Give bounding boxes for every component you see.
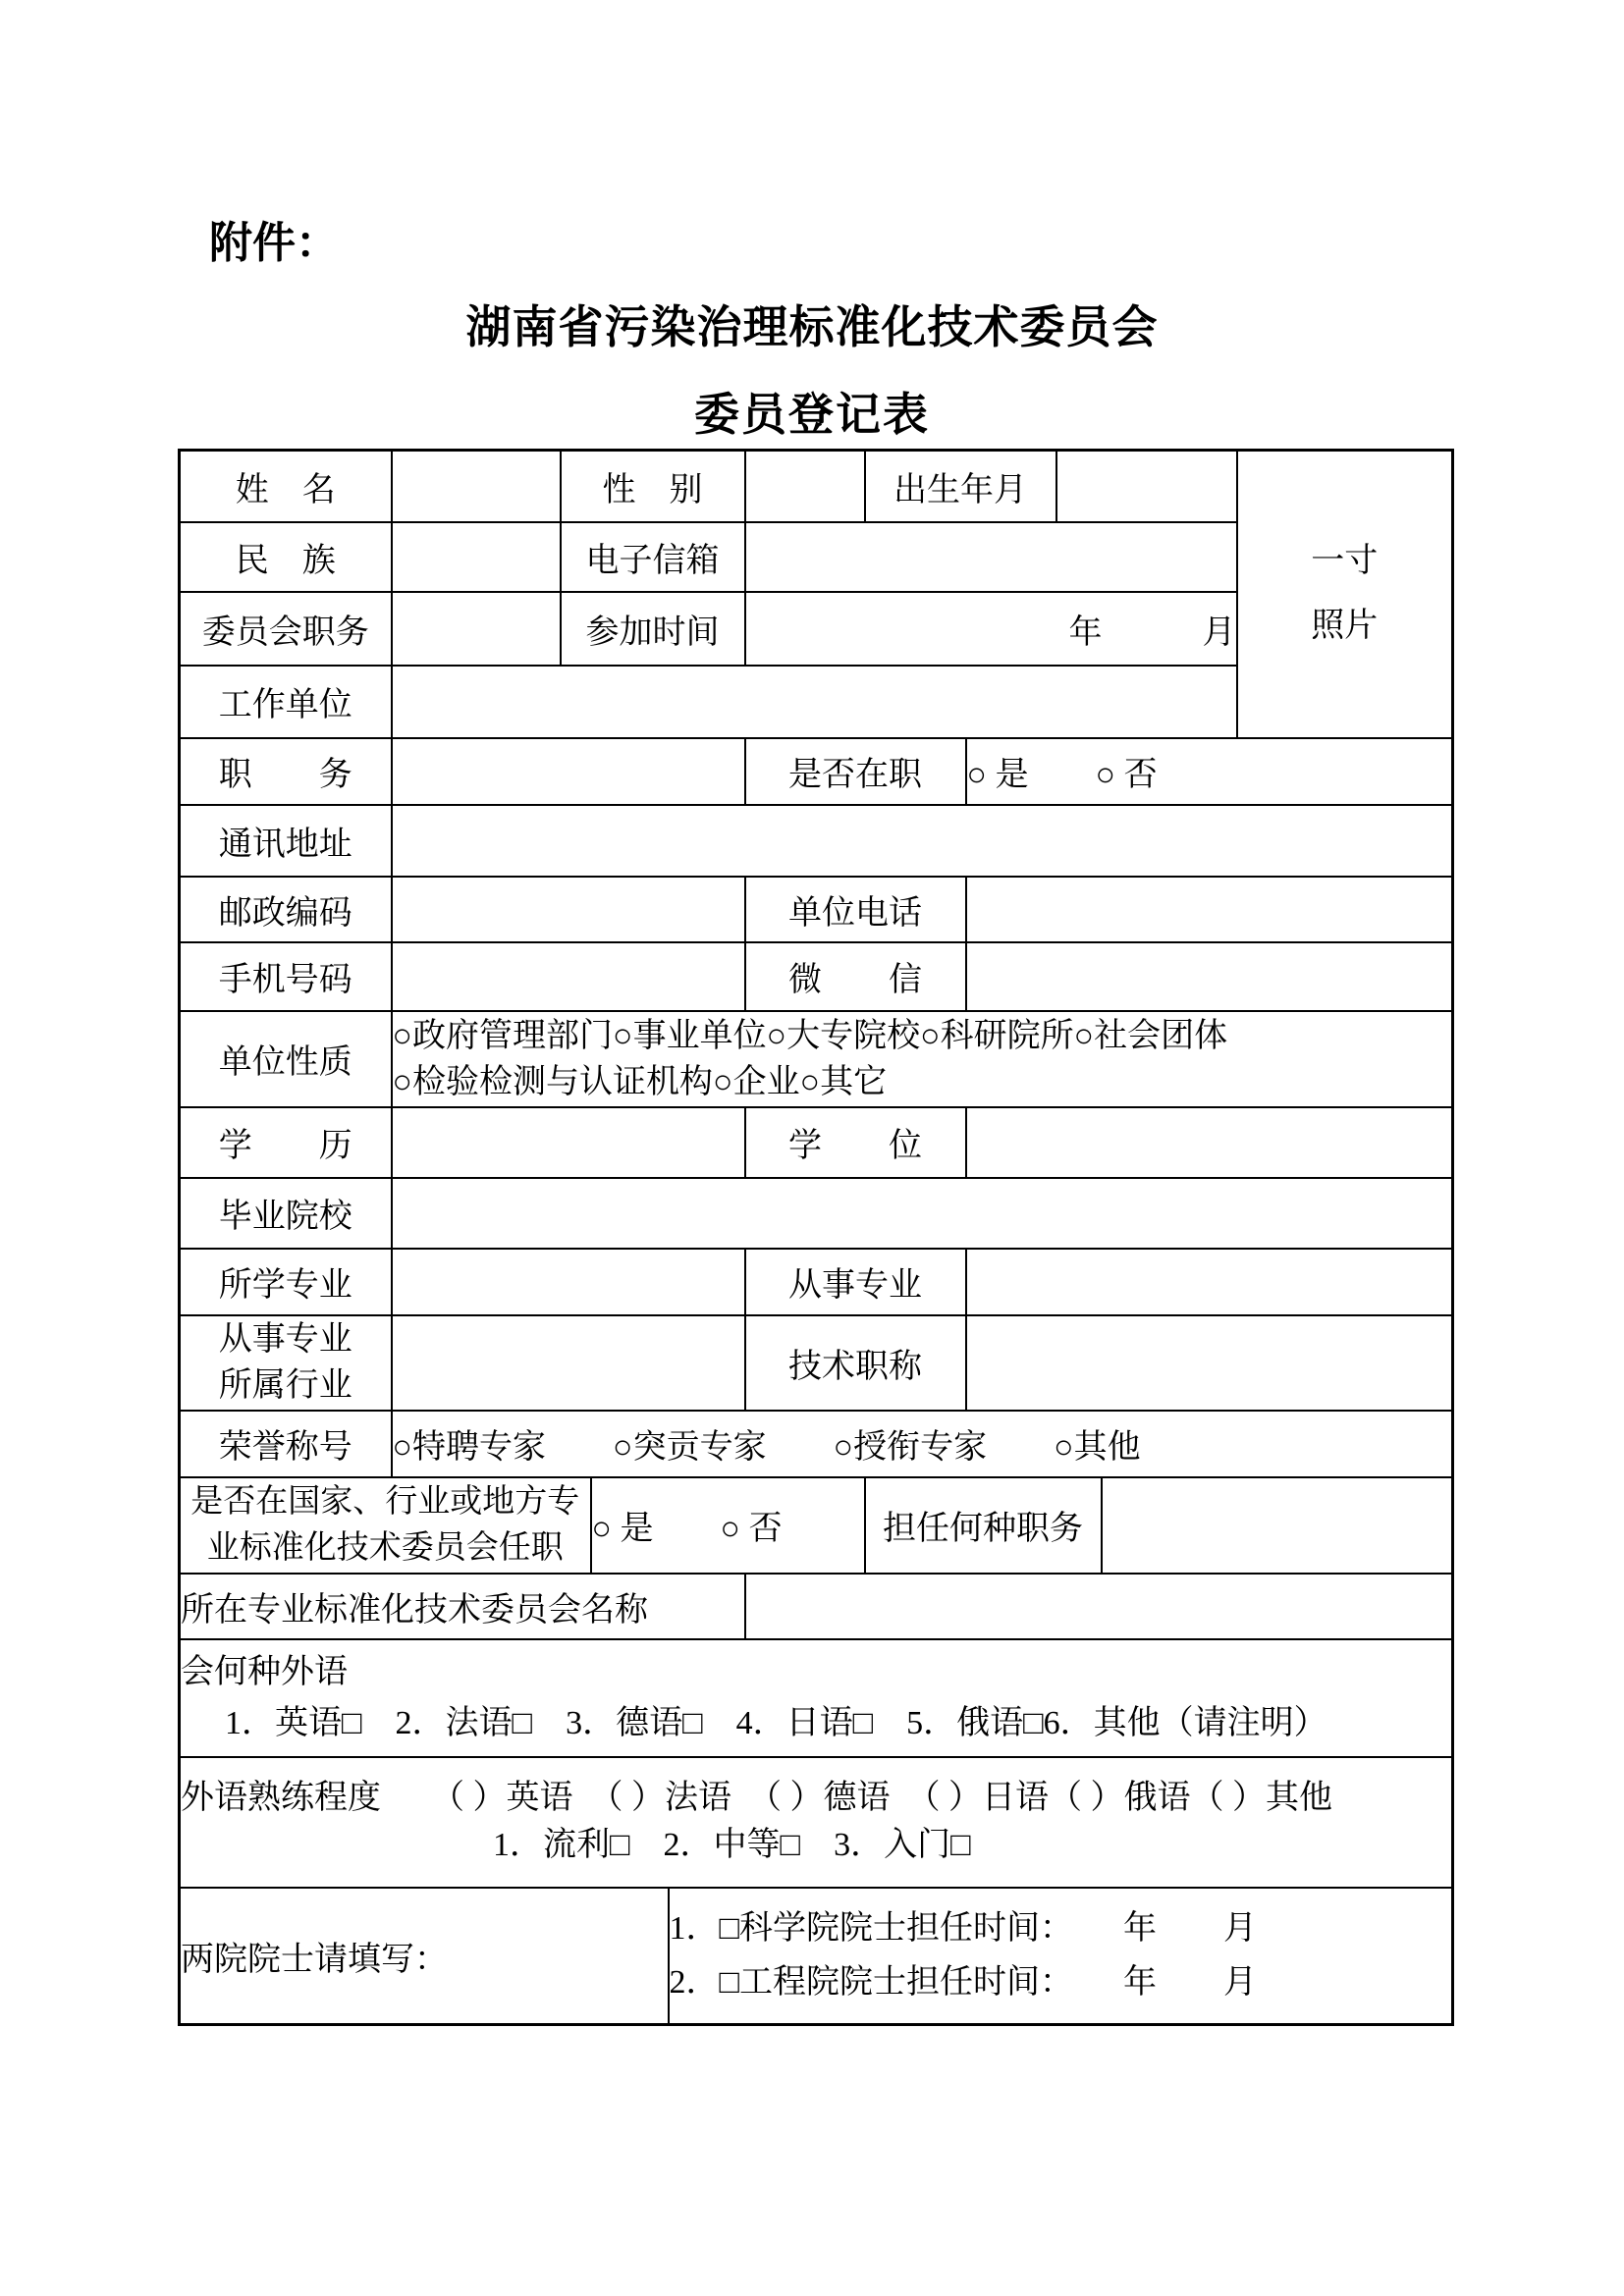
school-label: 毕业院校 bbox=[180, 1178, 392, 1249]
attachment-label: 附件： bbox=[209, 207, 339, 270]
proficiency-cell[interactable]: 外语熟练程度 （ ）英语 （ ）法语 （ ）德语 （ ）日语（ ）俄语（ ）其他… bbox=[180, 1757, 1453, 1888]
employed-options[interactable]: ○ 是 ○ 否 bbox=[966, 738, 1453, 805]
work-unit-input[interactable] bbox=[392, 666, 1237, 738]
ethnicity-label: 民 族 bbox=[180, 522, 392, 592]
page-subtitle: 委员登记表 bbox=[0, 379, 1624, 444]
gender-input[interactable] bbox=[745, 451, 865, 522]
committee-position-input[interactable] bbox=[392, 592, 561, 666]
engaged-major-label: 从事专业 bbox=[745, 1249, 966, 1315]
row-proficiency: 外语熟练程度 （ ）英语 （ ）法语 （ ）德语 （ ）日语（ ）俄语（ ）其他… bbox=[180, 1757, 1453, 1888]
proficiency-line1: 外语熟练程度 （ ）英语 （ ）法语 （ ）德语 （ ）日语（ ）俄语（ ）其他 bbox=[181, 1775, 1451, 1822]
row-tc-name: 所在专业标准化技术委员会名称 bbox=[180, 1574, 1453, 1639]
row-studied-major: 所学专业 从事专业 bbox=[180, 1249, 1453, 1315]
committee-position-label: 委员会职务 bbox=[180, 592, 392, 666]
academician-line2: 2．□工程院院士担任时间： 年 月 bbox=[670, 1955, 1452, 2009]
tc-name-label: 所在专业标准化技术委员会名称 bbox=[180, 1574, 745, 1639]
engaged-major-input[interactable] bbox=[966, 1249, 1453, 1315]
studied-major-input[interactable] bbox=[392, 1249, 745, 1315]
industry-label: 从事专业 所属行业 bbox=[180, 1315, 392, 1411]
registration-table: 姓 名 性 别 出生年月 一寸 照片 民 族 电子信箱 委员会职务 参加时间 年… bbox=[178, 449, 1454, 2026]
tc-position-input[interactable] bbox=[1102, 1477, 1453, 1574]
position-label: 职 务 bbox=[180, 738, 392, 805]
photo-box: 一寸 照片 bbox=[1237, 451, 1453, 738]
work-unit-label: 工作单位 bbox=[180, 666, 392, 738]
join-time-label: 参加时间 bbox=[561, 592, 745, 666]
academician-content[interactable]: 1．□科学院院士担任时间： 年 月 2．□工程院院士担任时间： 年 月 bbox=[669, 1888, 1453, 2025]
email-label: 电子信箱 bbox=[561, 522, 745, 592]
gender-label: 性 别 bbox=[561, 451, 745, 522]
row-name: 姓 名 性 别 出生年月 一寸 照片 bbox=[180, 451, 1453, 522]
degree-label: 学 位 bbox=[745, 1107, 966, 1178]
tc-member-options[interactable]: ○ 是 ○ 否 bbox=[591, 1477, 865, 1574]
ethnicity-input[interactable] bbox=[392, 522, 561, 592]
name-label: 姓 名 bbox=[180, 451, 392, 522]
birth-input[interactable] bbox=[1056, 451, 1237, 522]
wechat-input[interactable] bbox=[966, 942, 1453, 1011]
row-address: 通讯地址 bbox=[180, 805, 1453, 877]
tc-member-label-line2: 业标准化技术委员会任职 bbox=[181, 1525, 590, 1572]
industry-input[interactable] bbox=[392, 1315, 745, 1411]
mobile-input[interactable] bbox=[392, 942, 745, 1011]
row-postcode: 邮政编码 单位电话 bbox=[180, 877, 1453, 942]
mobile-label: 手机号码 bbox=[180, 942, 392, 1011]
postcode-label: 邮政编码 bbox=[180, 877, 392, 942]
photo-text-line2: 照片 bbox=[1238, 594, 1452, 659]
row-mobile: 手机号码 微 信 bbox=[180, 942, 1453, 1011]
address-label: 通讯地址 bbox=[180, 805, 392, 877]
unit-phone-label: 单位电话 bbox=[745, 877, 966, 942]
row-industry: 从事专业 所属行业 技术职称 bbox=[180, 1315, 1453, 1411]
tech-title-label: 技术职称 bbox=[745, 1315, 966, 1411]
page-title: 湖南省污染治理标准化技术委员会 bbox=[0, 292, 1624, 356]
industry-label-line2: 所属行业 bbox=[181, 1362, 391, 1409]
honor-label: 荣誉称号 bbox=[180, 1411, 392, 1477]
unit-type-options[interactable]: ○政府管理部门○事业单位○大专院校○科研院所○社会团体 ○检验检测与认证机构○企… bbox=[392, 1011, 1453, 1107]
tc-member-label-line1: 是否在国家、行业或地方专 bbox=[181, 1479, 590, 1525]
name-input[interactable] bbox=[392, 451, 561, 522]
languages-options: 1．英语□ 2．法语□ 3．德语□ 4．日语□ 5．俄语□6．其他（请注明） bbox=[181, 1698, 1451, 1749]
academician-line1: 1．□科学院院士担任时间： 年 月 bbox=[670, 1901, 1452, 1955]
school-input[interactable] bbox=[392, 1178, 1453, 1249]
birth-label: 出生年月 bbox=[865, 451, 1056, 522]
degree-input[interactable] bbox=[966, 1107, 1453, 1178]
row-academician: 两院院士请填写： 1．□科学院院士担任时间： 年 月 2．□工程院院士担任时间：… bbox=[180, 1888, 1453, 2025]
row-tc-membership: 是否在国家、行业或地方专 业标准化技术委员会任职 ○ 是 ○ 否 担任何种职务 bbox=[180, 1477, 1453, 1574]
wechat-label: 微 信 bbox=[745, 942, 966, 1011]
address-input[interactable] bbox=[392, 805, 1453, 877]
languages-cell[interactable]: 会何种外语 1．英语□ 2．法语□ 3．德语□ 4．日语□ 5．俄语□6．其他（… bbox=[180, 1639, 1453, 1757]
honor-options[interactable]: ○特聘专家 ○突贡专家 ○授衔专家 ○其他 bbox=[392, 1411, 1453, 1477]
tc-member-label: 是否在国家、行业或地方专 业标准化技术委员会任职 bbox=[180, 1477, 591, 1574]
education-label: 学 历 bbox=[180, 1107, 392, 1178]
photo-text-line1: 一寸 bbox=[1238, 529, 1452, 594]
row-education: 学 历 学 位 bbox=[180, 1107, 1453, 1178]
tech-title-input[interactable] bbox=[966, 1315, 1453, 1411]
proficiency-line2: 1．流利□ 2．中等□ 3．入门□ bbox=[181, 1822, 1451, 1869]
languages-label: 会何种外语 bbox=[181, 1647, 1451, 1698]
studied-major-label: 所学专业 bbox=[180, 1249, 392, 1315]
join-time-value[interactable]: 年 月 bbox=[745, 592, 1237, 666]
unit-type-options-line1: ○政府管理部门○事业单位○大专院校○科研院所○社会团体 bbox=[393, 1013, 1452, 1059]
industry-label-line1: 从事专业 bbox=[181, 1316, 391, 1362]
row-languages: 会何种外语 1．英语□ 2．法语□ 3．德语□ 4．日语□ 5．俄语□6．其他（… bbox=[180, 1639, 1453, 1757]
postcode-input[interactable] bbox=[392, 877, 745, 942]
tc-position-label: 担任何种职务 bbox=[865, 1477, 1102, 1574]
tc-name-input[interactable] bbox=[745, 1574, 1453, 1639]
unit-phone-input[interactable] bbox=[966, 877, 1453, 942]
position-input[interactable] bbox=[392, 738, 745, 805]
row-honor: 荣誉称号 ○特聘专家 ○突贡专家 ○授衔专家 ○其他 bbox=[180, 1411, 1453, 1477]
email-input[interactable] bbox=[745, 522, 1237, 592]
row-school: 毕业院校 bbox=[180, 1178, 1453, 1249]
unit-type-options-line2: ○检验检测与认证机构○企业○其它 bbox=[393, 1059, 1452, 1105]
row-position: 职 务 是否在职 ○ 是 ○ 否 bbox=[180, 738, 1453, 805]
row-unit-type: 单位性质 ○政府管理部门○事业单位○大专院校○科研院所○社会团体 ○检验检测与认… bbox=[180, 1011, 1453, 1107]
academician-label: 两院院士请填写： bbox=[180, 1888, 669, 2025]
unit-type-label: 单位性质 bbox=[180, 1011, 392, 1107]
employed-label: 是否在职 bbox=[745, 738, 966, 805]
education-input[interactable] bbox=[392, 1107, 745, 1178]
